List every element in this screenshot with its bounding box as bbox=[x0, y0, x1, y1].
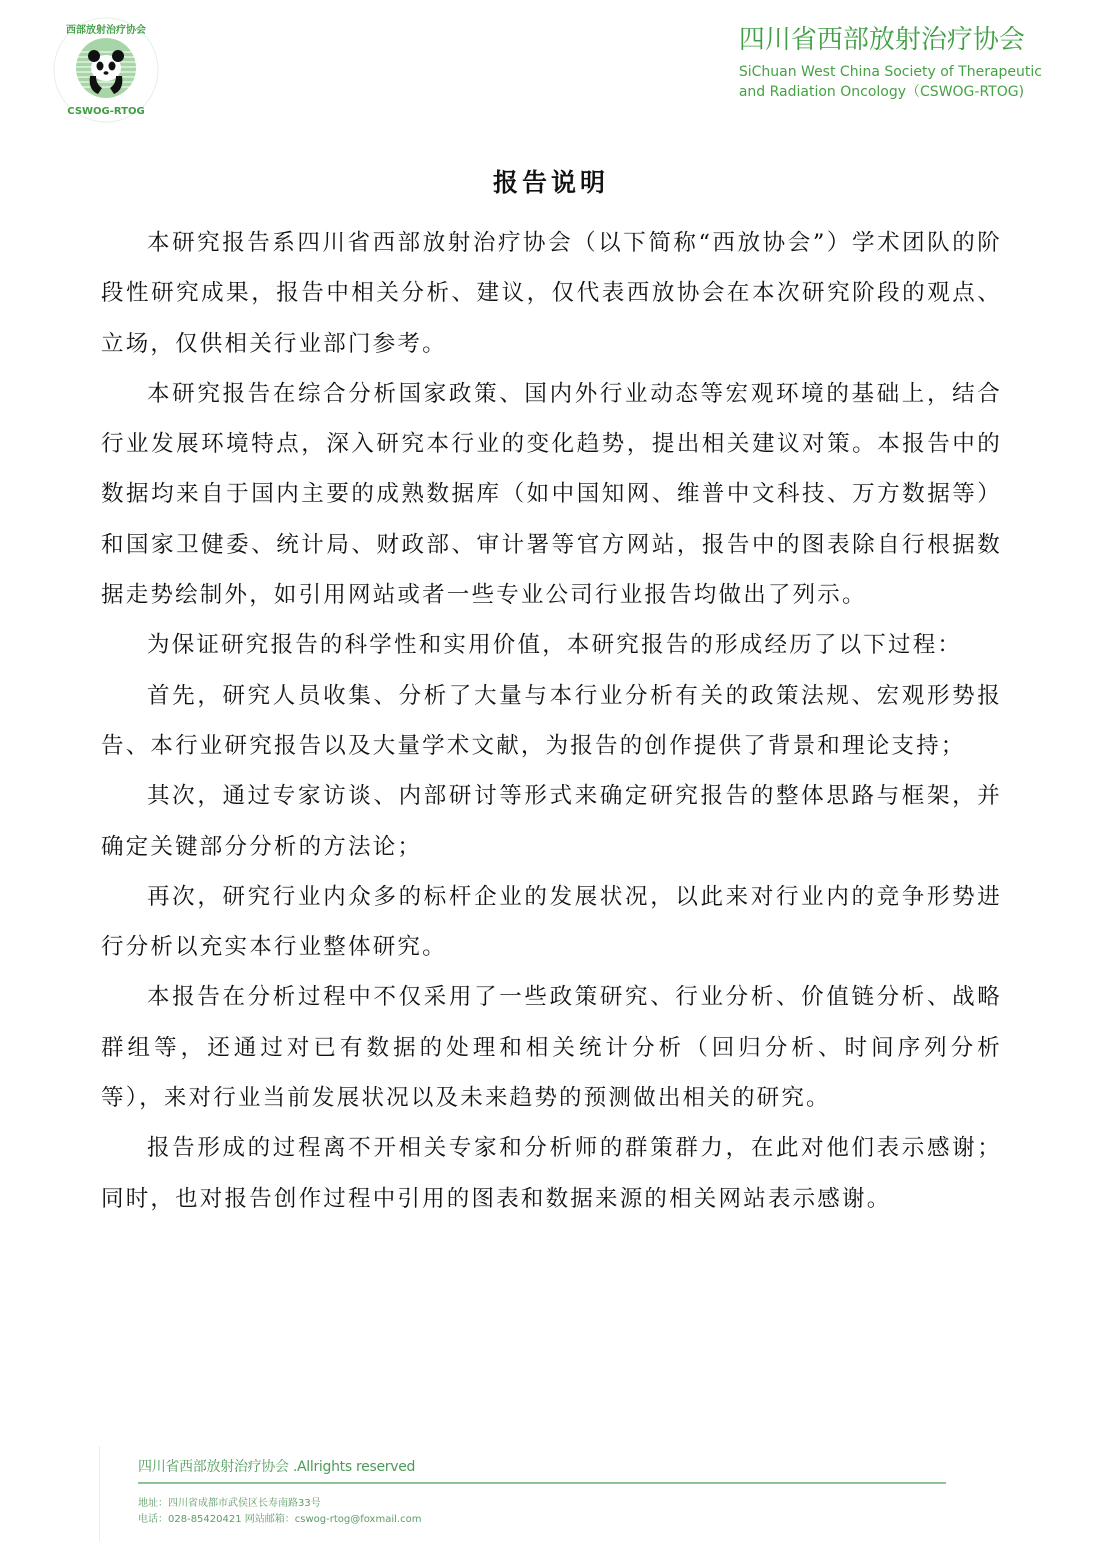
footer-divider-vertical bbox=[99, 1446, 100, 1541]
org-header: 四川省西部放射治疗协会 SiChuan West China Society o… bbox=[739, 22, 1042, 102]
panda-icon: 西部放射治疗协会 CSWOG-RTOG bbox=[52, 16, 160, 124]
footer-brand: 四川省西部放射治疗协会 .Allrights reserved bbox=[138, 1456, 415, 1476]
document-body: 本研究报告系四川省西部放射治疗协会（以下简称“西放协会”）学术团队的阶段性研究成… bbox=[101, 218, 1002, 1224]
org-name-en-line2: and Radiation Oncology（CSWOG-RTOG) bbox=[739, 82, 1042, 102]
footer-contact: 电话：028-85420421 网站邮箱：cswog-rtog@foxmail.… bbox=[138, 1512, 421, 1528]
paragraph: 报告形成的过程离不开相关专家和分析师的群策群力，在此对他们表示感谢；同时，也对报… bbox=[101, 1123, 1002, 1224]
paragraph: 其次，通过专家访谈、内部研讨等形式来确定研究报告的整体思路与框架，并确定关键部分… bbox=[101, 771, 1002, 872]
footer-info: 地址：四川省成都市武侯区长寿南路33号 电话：028-85420421 网站邮箱… bbox=[138, 1496, 421, 1528]
org-name-en-line1: SiChuan West China Society of Therapeuti… bbox=[739, 62, 1042, 82]
footer-address: 地址：四川省成都市武侯区长寿南路33号 bbox=[138, 1496, 421, 1512]
society-logo: 西部放射治疗协会 CSWOG-RTOG bbox=[52, 16, 160, 124]
paragraph: 首先，研究人员收集、分析了大量与本行业分析有关的政策法规、宏观形势报告、本行业研… bbox=[101, 671, 1002, 772]
footer-rule bbox=[138, 1482, 946, 1484]
paragraph: 本研究报告系四川省西部放射治疗协会（以下简称“西放协会”）学术团队的阶段性研究成… bbox=[101, 218, 1002, 369]
paragraph: 再次，研究行业内众多的标杆企业的发展状况，以此来对行业内的竞争形势进行分析以充实… bbox=[101, 872, 1002, 973]
paragraph: 本报告在分析过程中不仅采用了一些政策研究、行业分析、价值链分析、战略群组等，还通… bbox=[101, 972, 1002, 1123]
org-name-cn: 四川省西部放射治疗协会 bbox=[739, 22, 1042, 58]
svg-text:CSWOG-RTOG: CSWOG-RTOG bbox=[67, 106, 144, 117]
paragraph: 本研究报告在综合分析国家政策、国内外行业动态等宏观环境的基础上，结合行业发展环境… bbox=[101, 369, 1002, 620]
svg-text:西部放射治疗协会: 西部放射治疗协会 bbox=[66, 23, 146, 36]
paragraph: 为保证研究报告的科学性和实用价值，本研究报告的形成经历了以下过程： bbox=[101, 620, 1002, 670]
document-title: 报告说明 bbox=[0, 163, 1102, 199]
